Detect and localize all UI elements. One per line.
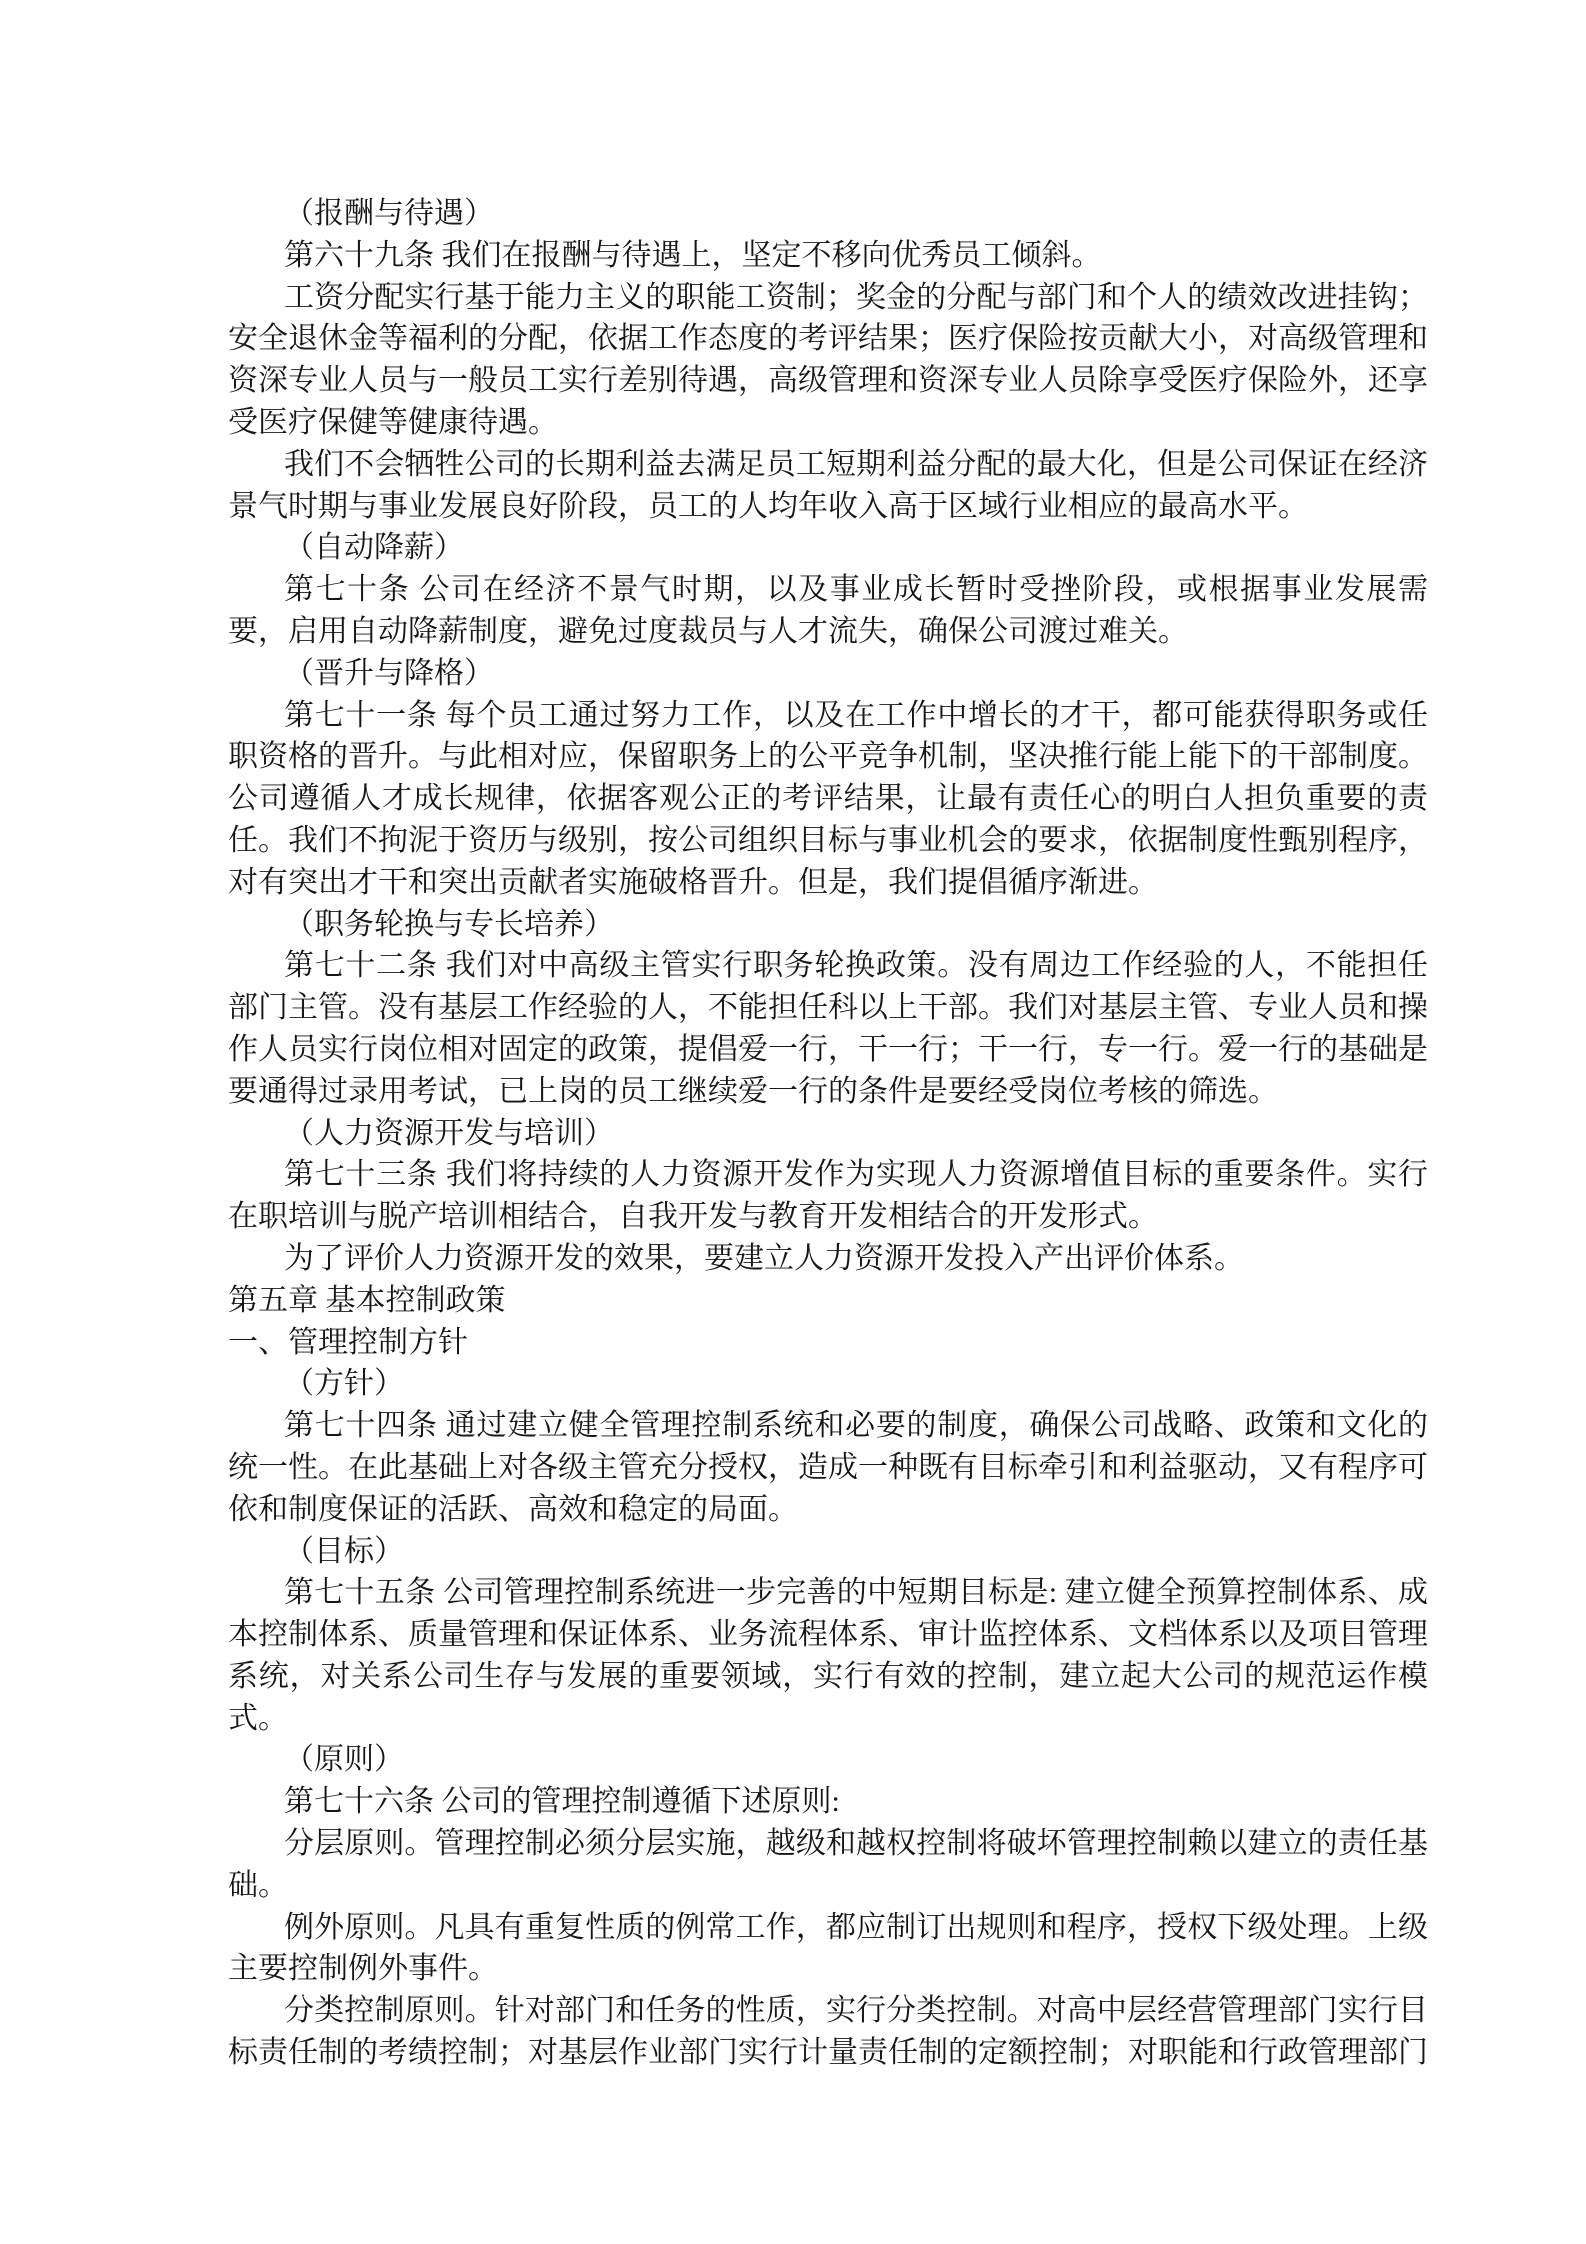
bracket-label: （目标） (228, 1531, 1428, 1573)
article: 第七十条 公司在经济不景气时期，以及事业成长暂时受挫阶段，或根据事业发展需要，启… (228, 569, 1428, 653)
article: 第七十四条 通过建立健全管理控制系统和必要的制度，确保公司战略、政策和文化的统一… (228, 1405, 1428, 1530)
document-page: （报酬与待遇）第六十九条 我们在报酬与待遇上，坚定不移向优秀员工倾斜。工资分配实… (0, 0, 1586, 2244)
article: 第七十二条 我们对中高级主管实行职务轮换政策。没有周边工作经验的人，不能担任部门… (228, 945, 1428, 1112)
body-paragraph: 分类控制原则。针对部门和任务的性质，实行分类控制。对高中层经营管理部门实行目标责… (228, 1990, 1428, 2074)
article: 第七十六条 公司的管理控制遵循下述原则: (228, 1781, 1428, 1823)
article: 第七十五条 公司管理控制系统进一步完善的中短期目标是: 建立健全预算控制体系、成… (228, 1572, 1428, 1739)
bracket-label: （职务轮换与专长培养） (228, 904, 1428, 946)
bracket-label: （方针） (228, 1363, 1428, 1405)
bracket-label: （晋升与降格） (228, 653, 1428, 695)
article: 第六十九条 我们在报酬与待遇上，坚定不移向优秀员工倾斜。 (228, 235, 1428, 277)
bracket-label: （自动降薪） (228, 527, 1428, 569)
body-paragraph: 分层原则。管理控制必须分层实施，越级和越权控制将破坏管理控制赖以建立的责任基础。 (228, 1823, 1428, 1907)
body-paragraph: 为了评价人力资源开发的效果，要建立人力资源开发投入产出评价体系。 (228, 1238, 1428, 1280)
chapter-heading: 第五章 基本控制政策 (228, 1280, 1428, 1322)
section-heading: 一、管理控制方针 (228, 1322, 1428, 1364)
article: 第七十一条 每个员工通过努力工作，以及在工作中增长的才干，都可能获得职务或任职资… (228, 695, 1428, 904)
document-body: （报酬与待遇）第六十九条 我们在报酬与待遇上，坚定不移向优秀员工倾斜。工资分配实… (228, 193, 1428, 2074)
bracket-label: （人力资源开发与培训） (228, 1113, 1428, 1155)
bracket-label: （原则） (228, 1739, 1428, 1781)
bracket-label: （报酬与待遇） (228, 193, 1428, 235)
body-paragraph: 例外原则。凡具有重复性质的例常工作，都应制订出规则和程序，授权下级处理。上级主要… (228, 1907, 1428, 1991)
body-paragraph: 我们不会牺牲公司的长期利益去满足员工短期利益分配的最大化，但是公司保证在经济景气… (228, 444, 1428, 528)
article: 第七十三条 我们将持续的人力资源开发作为实现人力资源增值目标的重要条件。实行在职… (228, 1154, 1428, 1238)
body-paragraph: 工资分配实行基于能力主义的职能工资制；奖金的分配与部门和个人的绩效改进挂钩；安全… (228, 277, 1428, 444)
